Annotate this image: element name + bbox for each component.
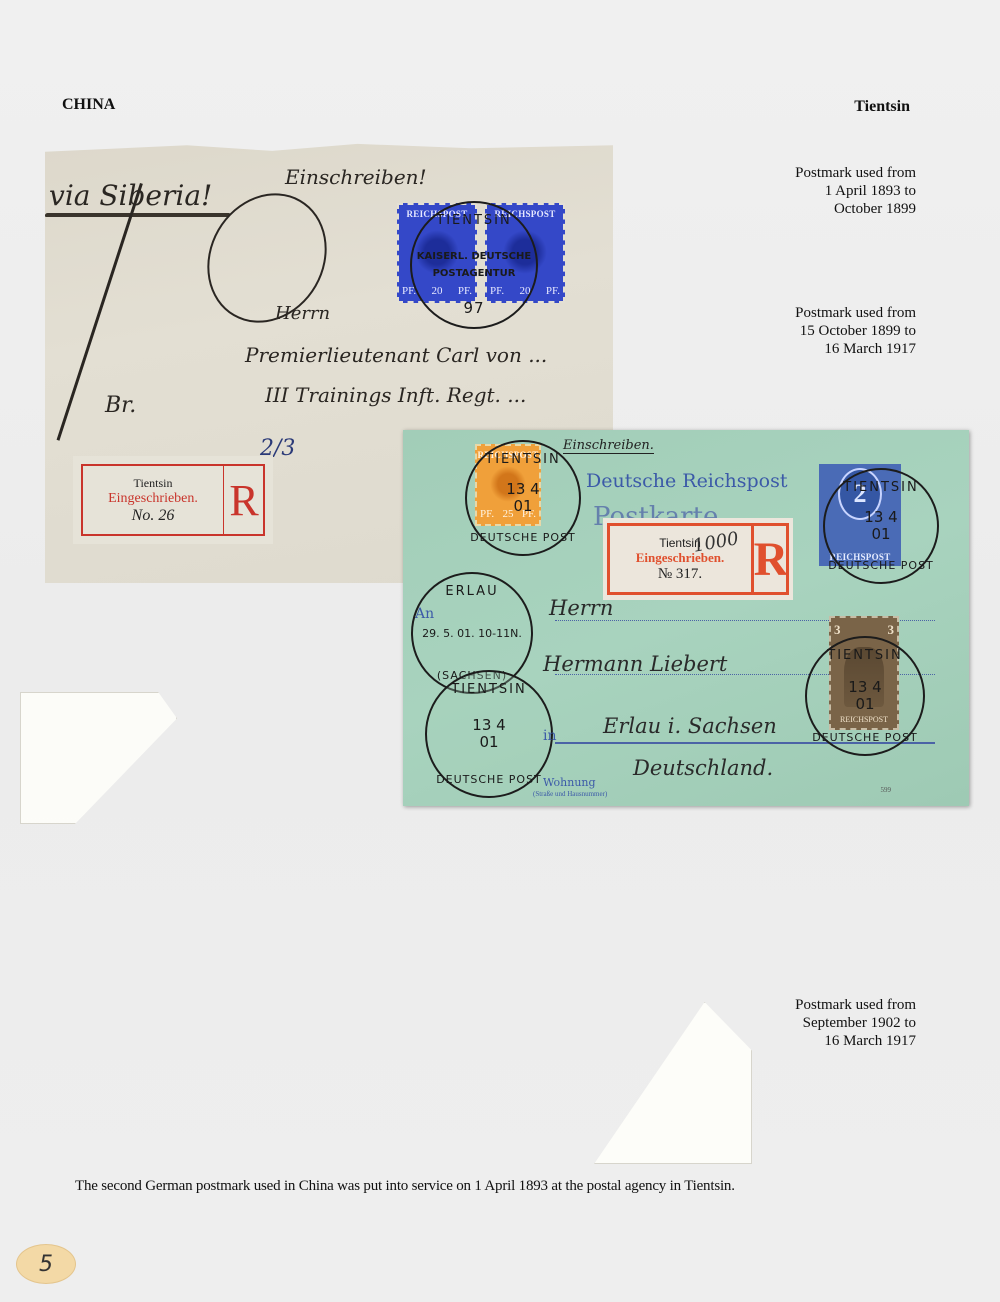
handwritten-address: Hermann Liebert <box>543 652 727 676</box>
postmark-year: 01 <box>513 498 532 515</box>
underline <box>44 213 230 217</box>
note-line: Postmark used from <box>795 304 916 322</box>
note-line: 16 March 1917 <box>795 340 916 358</box>
address-line: Br. <box>105 393 136 418</box>
address-field-label: Wohnung <box>543 776 596 789</box>
postmark-text: ERLAU <box>445 584 498 599</box>
handwritten-address: Deutschland. <box>633 756 773 780</box>
postmark-note-2: Postmark used from 15 October 1899 to 16… <box>795 304 916 358</box>
postmark-year: 97 <box>463 299 484 317</box>
registered-r-mark: R <box>753 524 789 594</box>
stamp-unit: PF. <box>546 285 560 297</box>
label-number: № 317. <box>658 566 702 583</box>
note-line: 1 April 1893 to <box>795 182 916 200</box>
tientsin-postmark: TIENTSIN 13 4 01 DEUTSCHE POST <box>823 468 939 584</box>
address-line: Herrn <box>275 303 330 324</box>
postcard-title: Deutsche Reichspost <box>586 470 788 492</box>
label-number: No. 26 <box>132 507 175 525</box>
handwritten-address: Erlau i. Sachsen <box>603 714 777 738</box>
postmark-text: TIENTSIN <box>827 648 902 663</box>
postmark-text: TIENTSIN <box>843 480 918 495</box>
postmark-date: 13 4 <box>472 717 505 734</box>
postmark-text: DEUTSCHE POST <box>812 731 918 744</box>
country-heading: CHINA <box>62 96 115 114</box>
page-caption: The second German postmark used in China… <box>75 1178 735 1195</box>
postmark-date: 13 4 <box>864 509 897 526</box>
postmark-year: 01 <box>479 734 498 751</box>
postmark-text: DEUTSCHE POST <box>436 773 542 786</box>
address-field-hint: (Straße und Hausnummer) <box>533 790 607 798</box>
stamp-value: 3 <box>834 622 841 638</box>
address-line: Premierlieutenant Carl von ... <box>245 343 547 367</box>
postmark-text: TIENTSIN <box>485 452 560 467</box>
route-note: via Siberia! <box>49 179 212 212</box>
note-line: 16 March 1917 <box>795 1032 916 1050</box>
album-page: CHINA Tientsin Postmark used from 1 Apri… <box>0 0 1000 1302</box>
handwritten-address: Herrn <box>549 596 613 620</box>
stamp-value: 3 <box>888 622 895 638</box>
city-heading: Tientsin <box>854 98 910 116</box>
tientsin-postmark: TIENTSIN 13 4 01 DEUTSCHE POST <box>805 636 925 756</box>
tientsin-postmark-1897: TIENTSIN KAISERL. DEUTSCHE POSTAGENTUR 9… <box>410 201 538 329</box>
registration-label: Tientsin Eingeschrieben. № 317. R 1000 <box>603 518 793 600</box>
postmark-date: 13 4 <box>848 679 881 696</box>
empty-photo-corner-mount <box>20 692 177 824</box>
note-line: Postmark used from <box>795 996 916 1014</box>
registration-note: Einschreiben. <box>563 438 654 454</box>
postmark-note-1: Postmark used from 1 April 1893 to Octob… <box>795 164 916 218</box>
note-line: October 1899 <box>795 200 916 218</box>
postmark-year: 01 <box>855 696 874 713</box>
empty-photo-corner-mount <box>594 1002 752 1164</box>
postmark-text: DEUTSCHE POST <box>470 531 576 544</box>
note-line: 15 October 1899 to <box>795 322 916 340</box>
postmark-date: 13 4 <box>506 481 539 498</box>
label-type: Eingeschrieben. <box>108 491 198 507</box>
label-city: Tientsin <box>134 476 173 491</box>
address-line: III Trainings Inft. Regt. ... <box>265 383 526 407</box>
tientsin-postmark: TIENTSIN 13 4 01 DEUTSCHE POST <box>465 440 581 556</box>
tientsin-postmark: TIENTSIN 13 4 01 DEUTSCHE POST <box>425 670 553 798</box>
postmark-text: KAISERL. DEUTSCHE POSTAGENTUR <box>412 248 536 282</box>
print-number: 599 <box>881 786 892 794</box>
note-line: September 1902 to <box>795 1014 916 1032</box>
postmark-text: TIENTSIN <box>436 213 511 228</box>
postmark-date: 29. 5. 01. 10-11N. <box>422 625 522 642</box>
postmark-year: 01 <box>871 526 890 543</box>
registration-note: Einschreiben! <box>285 165 427 189</box>
postmark-text: TIENTSIN <box>451 682 526 697</box>
note-line: Postmark used from <box>795 164 916 182</box>
in-label: in <box>543 728 557 744</box>
registered-r-mark: R <box>225 466 263 534</box>
page-number-badge: 5 <box>16 1244 76 1284</box>
postmark-note-3: Postmark used from September 1902 to 16 … <box>795 996 916 1050</box>
registration-label: Tientsin Eingeschrieben. No. 26 R <box>73 456 273 544</box>
postmark-text: DEUTSCHE POST <box>828 559 934 572</box>
registered-postcard: Einschreiben. Deutsche Reichspost Postka… <box>403 430 969 806</box>
